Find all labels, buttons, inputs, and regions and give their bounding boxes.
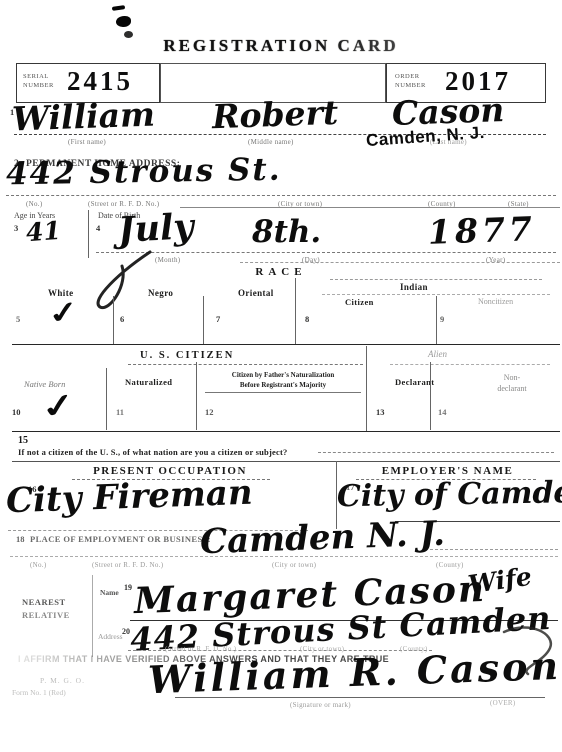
citizen-number-10: 10	[12, 407, 21, 417]
alien-header-line	[390, 364, 550, 365]
alien-header: Alien	[428, 349, 447, 359]
name-first-handwriting: William	[11, 95, 155, 139]
pen-flourish	[86, 250, 160, 312]
citizen-divider	[430, 362, 431, 430]
nearest-relative-label: NEAREST RELATIVE	[22, 596, 70, 622]
section-line	[180, 207, 560, 208]
citizen-alien-divider	[366, 346, 367, 431]
field-number-19: 19	[124, 583, 132, 592]
field-number-3: 3	[14, 223, 18, 233]
employment-no-label: (No.)	[30, 561, 46, 569]
citizen-header-line	[128, 364, 363, 365]
race-number-9: 9	[440, 314, 444, 324]
race-negro-label: Negro	[148, 288, 173, 298]
race-divider	[295, 278, 296, 344]
native-born-label: Native Born	[24, 379, 65, 389]
race-divider	[203, 296, 204, 344]
employer-handwriting: City of Camden	[337, 475, 562, 514]
father-box-line	[205, 392, 361, 393]
father-naturalization-line1: Citizen by Father's Naturalization	[232, 371, 334, 379]
address-no-label: (No.)	[26, 200, 42, 208]
race-header: RACE	[0, 266, 562, 278]
race-bottom-line	[12, 344, 560, 345]
birth-year-handwriting: 1877	[427, 209, 536, 252]
indian-top-line	[330, 279, 542, 280]
race-number-7: 7	[216, 314, 220, 324]
race-divider	[436, 296, 437, 344]
page-title: REGISTRATION CARD	[0, 36, 562, 56]
citizen-number-11: 11	[116, 407, 124, 417]
race-top-line	[240, 262, 560, 263]
race-number-8: 8	[305, 314, 309, 324]
serial-number-value: 2415	[67, 66, 133, 97]
nondeclarant-label: Non- declarant	[482, 372, 542, 394]
race-indian-noncitizen-label: Noncitizen	[478, 297, 513, 306]
race-number-6: 6	[120, 314, 124, 324]
father-naturalization-label: Citizen by Father's Naturalization Befor…	[205, 371, 361, 391]
serial-label: NUMBER	[23, 81, 54, 90]
employment-city-label: (City or town)	[272, 561, 316, 569]
item15-bottom-line	[12, 461, 560, 462]
relative-address-label: Address	[98, 632, 123, 641]
home-address-handwriting: 442 Strous St.	[6, 152, 282, 193]
naturalized-label: Naturalized	[125, 377, 172, 387]
field-number-4: 4	[96, 223, 100, 233]
employment-street-label: (Street or R. F. D. No.)	[92, 561, 163, 569]
employment-place-label: PLACE OF EMPLOYMENT OR BUSINESS:	[30, 534, 211, 544]
indian-sub-line	[322, 294, 550, 295]
employment-place-handwriting: Camden N. J.	[199, 514, 445, 563]
middle-name-label: (Middle name)	[248, 138, 294, 146]
field-number-18: 18	[16, 534, 25, 544]
birth-day-handwriting: 8th.	[252, 214, 321, 250]
first-name-label: (First name)	[68, 138, 106, 146]
race-oriental-label: Oriental	[238, 288, 274, 298]
order-label: NUMBER	[395, 81, 426, 90]
nearest-label-line1: NEAREST	[22, 596, 70, 609]
registration-card-scan: REGISTRATION CARD SERIAL NUMBER 2415 ORD…	[0, 0, 562, 752]
ink-mark	[112, 5, 125, 11]
citizen-number-13: 13	[376, 407, 385, 417]
over-label: (OVER)	[490, 699, 516, 707]
item15-question: If not a citizen of the U. S., of what n…	[18, 447, 287, 457]
employment-place-line	[430, 549, 558, 550]
employment-bottom-line	[10, 556, 558, 557]
signature-underline	[175, 697, 545, 698]
nearest-label-line2: RELATIVE	[22, 609, 70, 622]
race-divider	[113, 296, 114, 344]
relative-street-label: (Street or R. F. D. No.)	[165, 645, 236, 653]
field-number-15: 15	[18, 435, 28, 446]
citizen-divider	[196, 362, 197, 430]
address-street-label: (Street or R. F. D. No.)	[88, 200, 159, 208]
dob-underline	[96, 252, 556, 253]
race-number-5: 5	[16, 314, 20, 324]
name-middle-handwriting: Robert	[211, 93, 338, 136]
citizen-number-12: 12	[205, 407, 214, 417]
birth-month-handwriting: July	[117, 206, 195, 251]
race-indian-citizen-label: Citizen	[345, 297, 374, 307]
age-handwriting: 41	[25, 216, 62, 247]
white-checkmark-icon: ✓	[46, 298, 81, 331]
citizen-bottom-line	[12, 431, 560, 432]
order-label: ORDER	[395, 72, 426, 81]
nondeclarant-line1: Non-	[504, 373, 520, 382]
occupation-handwriting: City Fireman	[5, 473, 253, 522]
citizen-header: U. S. CITIZEN	[140, 350, 234, 361]
home-address-underline	[6, 195, 556, 196]
race-indian-header: Indian	[400, 282, 428, 292]
declarant-label: Declarant	[395, 377, 434, 387]
native-born-checkmark-icon: ✓	[39, 389, 78, 425]
serial-label: SERIAL	[23, 72, 54, 81]
item15-answer-line	[318, 452, 554, 453]
ink-mark	[116, 16, 131, 27]
citizen-number-14: 14	[438, 407, 447, 417]
relative-name-label: Name	[100, 588, 119, 597]
nondeclarant-line2: declarant	[497, 384, 526, 393]
citizen-divider	[106, 368, 107, 430]
signature-label: (Signature or mark)	[290, 701, 351, 709]
pmgo-label: P. M. G. O.	[40, 676, 85, 685]
city-stamp: Camden, N. J.	[365, 123, 485, 151]
relative-divider	[92, 575, 93, 657]
father-naturalization-line2: Before Registrant's Majority	[240, 381, 326, 389]
form-number-label: Form No. 1 (Red)	[12, 688, 66, 697]
